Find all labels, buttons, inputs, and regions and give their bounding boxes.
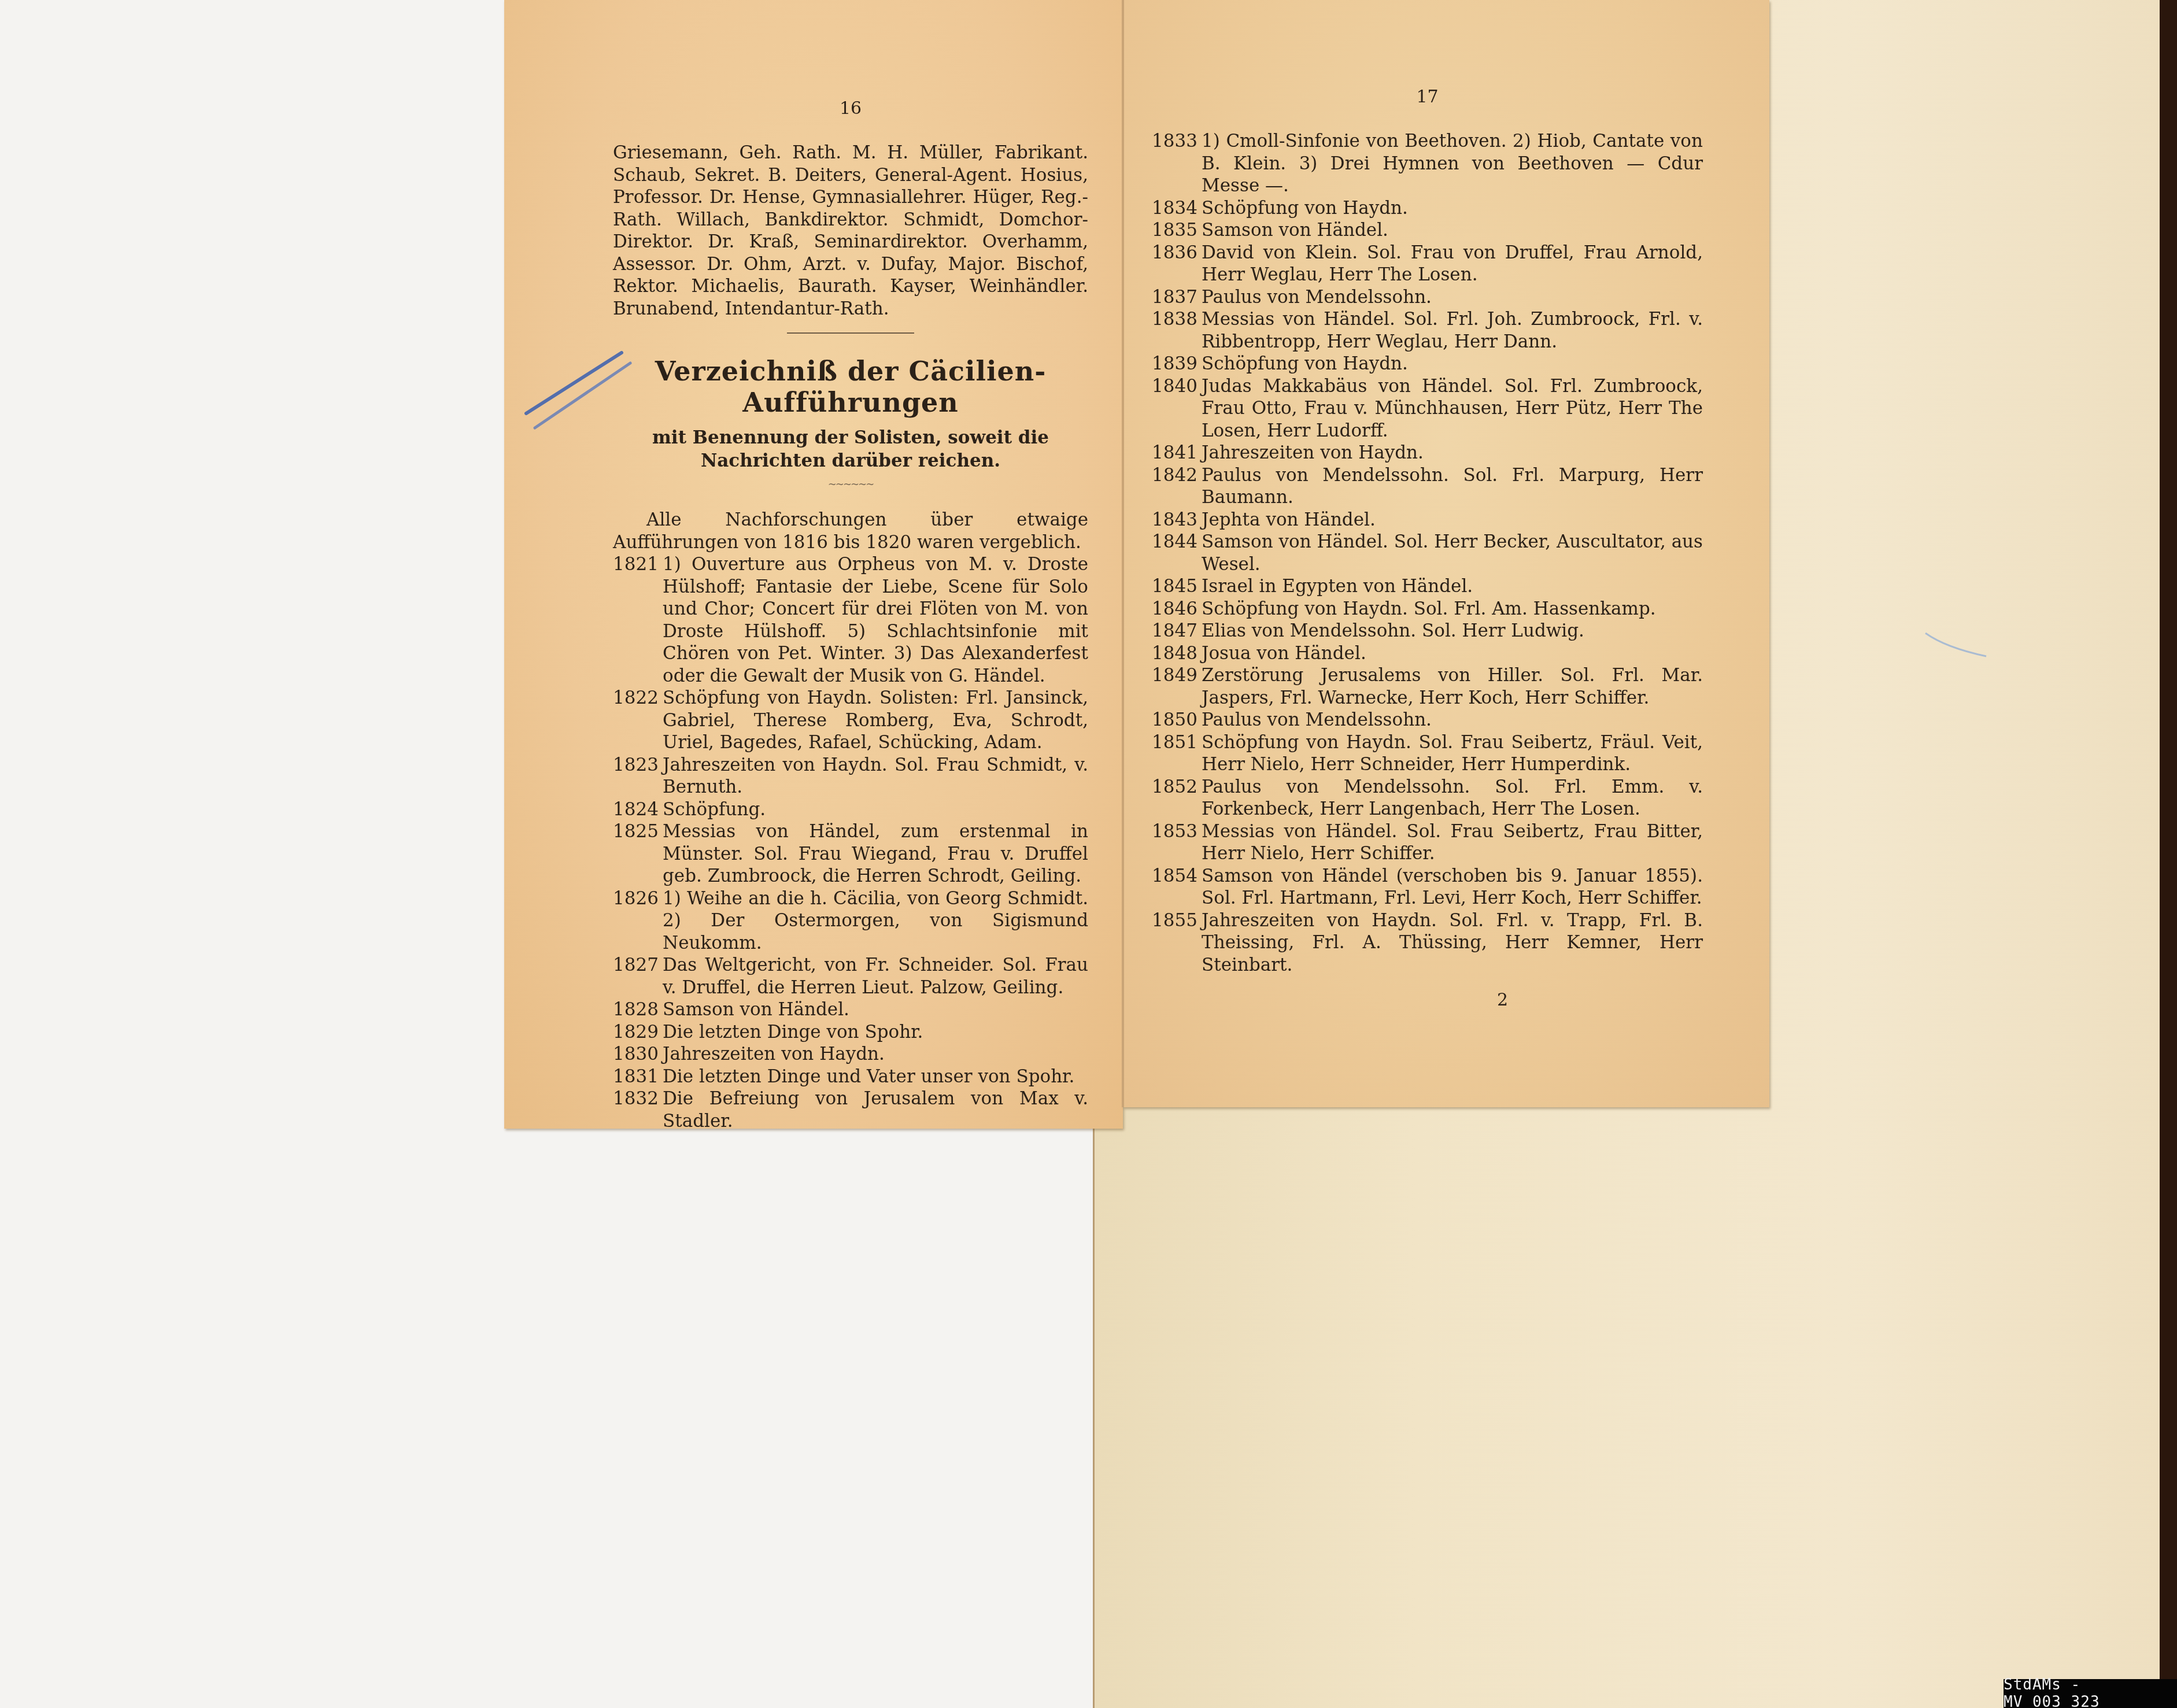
entry-year: 1853 xyxy=(1152,820,1202,865)
entry-text: Die letzten Dinge von Spohr. xyxy=(663,1021,1088,1044)
performance-list: 18331) Cmoll-Sinfonie von Beethoven. 2) … xyxy=(1152,130,1703,976)
entry-year: 1851 xyxy=(1152,731,1202,776)
entry-year: 1838 xyxy=(1152,308,1202,353)
ornament-divider: ~~~~~~ xyxy=(613,478,1088,490)
entry-year: 1854 xyxy=(1152,865,1202,910)
entry-year: 1830 xyxy=(613,1043,663,1066)
entry-text: Paulus von Mendelssohn. xyxy=(1202,709,1703,731)
entry-year: 1852 xyxy=(1152,776,1202,820)
performance-entry: 18211) Ouverture aus Orpheus von M. v. D… xyxy=(613,553,1088,687)
entry-text: Schöpfung von Haydn. Sol. Frau Seibertz,… xyxy=(1202,731,1703,776)
entry-year: 1834 xyxy=(1152,197,1202,220)
entry-text: Schöpfung von Haydn. xyxy=(1202,353,1703,375)
performance-entry: 1850Paulus von Mendelssohn. xyxy=(1152,709,1703,731)
performance-entry: 1839Schöpfung von Haydn. xyxy=(1152,353,1703,375)
entry-text: Samson von Händel. Sol. Herr Becker, Aus… xyxy=(1202,531,1703,575)
entry-text: Jephta von Händel. xyxy=(1202,509,1703,531)
performance-entry: 1854Samson von Händel (verschoben bis 9.… xyxy=(1152,865,1703,910)
entry-year: 1833 xyxy=(1152,130,1202,197)
entry-text: Schöpfung. xyxy=(663,798,1088,821)
entry-text: Messias von Händel. Sol. Frau Seibertz, … xyxy=(1202,820,1703,865)
page-number: 16 xyxy=(613,98,1088,119)
entry-year: 1850 xyxy=(1152,709,1202,731)
performance-entry: 1834Schöpfung von Haydn. xyxy=(1152,197,1703,220)
entry-year: 1855 xyxy=(1152,910,1202,977)
archive-label: StdAMs - MV_003_323 xyxy=(2004,1679,2177,1708)
performance-entry: 1828Samson von Händel. xyxy=(613,999,1088,1021)
performance-entry: 1849Zerstörung Jerusalems von Hiller. So… xyxy=(1152,664,1703,709)
performance-entry: 1830Jahreszeiten von Haydn. xyxy=(613,1043,1088,1066)
performance-entry: 1823Jahreszeiten von Haydn. Sol. Frau Sc… xyxy=(613,754,1088,798)
page-17: 17 18331) Cmoll-Sinfonie von Beethoven. … xyxy=(1123,0,1769,1107)
blue-stray-pen-mark-icon xyxy=(1923,630,1992,665)
entry-text: Josua von Händel. xyxy=(1202,642,1703,665)
performance-entry: 1841Jahreszeiten von Haydn. xyxy=(1152,442,1703,464)
entry-text: 1) Ouverture aus Orpheus von M. v. Drost… xyxy=(663,553,1088,687)
album-binding-edge xyxy=(2160,0,2177,1708)
entry-year: 1822 xyxy=(613,687,663,754)
entry-year: 1828 xyxy=(613,999,663,1021)
intro-paragraph: Alle Nachforschungen über etwaige Auffüh… xyxy=(613,509,1088,553)
entry-year: 1835 xyxy=(1152,219,1202,242)
entry-year: 1841 xyxy=(1152,442,1202,464)
divider-rule xyxy=(787,332,914,334)
performance-entry: 1848Josua von Händel. xyxy=(1152,642,1703,665)
performance-entry: 1844Samson von Händel. Sol. Herr Becker,… xyxy=(1152,531,1703,575)
performance-entry: 18261) Weihe an die h. Cäcilia, von Geor… xyxy=(613,888,1088,955)
performance-entry: 1831Die letzten Dinge und Vater unser vo… xyxy=(613,1066,1088,1088)
entry-year: 1846 xyxy=(1152,598,1202,620)
performance-entry: 1838Messias von Händel. Sol. Frl. Joh. Z… xyxy=(1152,308,1703,353)
entry-text: Messias von Händel, zum erstenmal in Mün… xyxy=(663,820,1088,888)
performance-entry: 1835Samson von Händel. xyxy=(1152,219,1703,242)
entry-year: 1824 xyxy=(613,798,663,821)
entry-text: Paulus von Mendelssohn. Sol. Frl. Emm. v… xyxy=(1202,776,1703,820)
entry-year: 1825 xyxy=(613,820,663,888)
entry-year: 1836 xyxy=(1152,242,1202,286)
performance-list: 18211) Ouverture aus Orpheus von M. v. D… xyxy=(613,553,1088,1132)
section-subtitle: mit Benennung der Solisten, soweit die N… xyxy=(624,426,1077,472)
entry-text: Jahreszeiten von Haydn. xyxy=(1202,442,1703,464)
entry-year: 1827 xyxy=(613,954,663,999)
entry-year: 1829 xyxy=(613,1021,663,1044)
entry-text: 1) Cmoll-Sinfonie von Beethoven. 2) Hiob… xyxy=(1202,130,1703,197)
entry-text: Die letzten Dinge und Vater unser von Sp… xyxy=(663,1066,1088,1088)
entry-year: 1837 xyxy=(1152,286,1202,309)
entry-year: 1849 xyxy=(1152,664,1202,709)
performance-entry: 1846Schöpfung von Haydn. Sol. Frl. Am. H… xyxy=(1152,598,1703,620)
entry-text: Jahreszeiten von Haydn. Sol. Frl. v. Tra… xyxy=(1202,910,1703,977)
performance-entry: 1837Paulus von Mendelssohn. xyxy=(1152,286,1703,309)
entry-year: 1821 xyxy=(613,553,663,687)
blue-pencil-mark-icon xyxy=(520,341,636,434)
page-fold-edge xyxy=(1122,0,1124,1107)
members-paragraph: Griesemann, Geh. Rath. M. H. Müller, Fab… xyxy=(613,142,1088,320)
entry-text: Das Weltgericht, von Fr. Schneider. Sol.… xyxy=(663,954,1088,999)
entry-year: 1847 xyxy=(1152,620,1202,642)
entry-year: 1848 xyxy=(1152,642,1202,665)
entry-text: Samson von Händel. xyxy=(663,999,1088,1021)
entry-year: 1844 xyxy=(1152,531,1202,575)
performance-entry: 1836David von Klein. Sol. Frau von Druff… xyxy=(1152,242,1703,286)
performance-entry: 1847Elias von Mendelssohn. Sol. Herr Lud… xyxy=(1152,620,1703,642)
entry-text: David von Klein. Sol. Frau von Druffel, … xyxy=(1202,242,1703,286)
page-16: 16 Griesemann, Geh. Rath. M. H. Müller, … xyxy=(504,0,1123,1129)
entry-text: Samson von Händel (verschoben bis 9. Jan… xyxy=(1202,865,1703,910)
entry-year: 1839 xyxy=(1152,353,1202,375)
entry-text: Die Befreiung von Jerusalem von Max v. S… xyxy=(663,1088,1088,1132)
entry-year: 1826 xyxy=(613,888,663,955)
entry-year: 1840 xyxy=(1152,375,1202,442)
entry-text: Schöpfung von Haydn. Solisten: Frl. Jans… xyxy=(663,687,1088,754)
performance-entry: 1845Israel in Egypten von Händel. xyxy=(1152,575,1703,598)
performance-entry: 18331) Cmoll-Sinfonie von Beethoven. 2) … xyxy=(1152,130,1703,197)
entry-text: Paulus von Mendelssohn. Sol. Frl. Marpur… xyxy=(1202,464,1703,509)
entry-text: 1) Weihe an die h. Cäcilia, von Georg Sc… xyxy=(663,888,1088,955)
performance-entry: 1843Jephta von Händel. xyxy=(1152,509,1703,531)
performance-entry: 1842Paulus von Mendelssohn. Sol. Frl. Ma… xyxy=(1152,464,1703,509)
entry-year: 1842 xyxy=(1152,464,1202,509)
section-title: Verzeichniß der Cäcilien-Aufführungen xyxy=(613,356,1088,418)
performance-entry: 1855Jahreszeiten von Haydn. Sol. Frl. v.… xyxy=(1152,910,1703,977)
entry-text: Zerstörung Jerusalems von Hiller. Sol. F… xyxy=(1202,664,1703,709)
performance-entry: 1827Das Weltgericht, von Fr. Schneider. … xyxy=(613,954,1088,999)
performance-entry: 1832Die Befreiung von Jerusalem von Max … xyxy=(613,1088,1088,1132)
entry-text: Israel in Egypten von Händel. xyxy=(1202,575,1703,598)
entry-year: 1845 xyxy=(1152,575,1202,598)
performance-entry: 1824Schöpfung. xyxy=(613,798,1088,821)
performance-entry: 1851Schöpfung von Haydn. Sol. Frau Seibe… xyxy=(1152,731,1703,776)
entry-year: 1831 xyxy=(613,1066,663,1088)
performance-entry: 1853Messias von Händel. Sol. Frau Seiber… xyxy=(1152,820,1703,865)
entry-year: 1832 xyxy=(613,1088,663,1132)
entry-text: Schöpfung von Haydn. Sol. Frl. Am. Hasse… xyxy=(1202,598,1703,620)
entry-text: Samson von Händel. xyxy=(1202,219,1703,242)
entry-text: Schöpfung von Haydn. xyxy=(1202,197,1703,220)
entry-text: Jahreszeiten von Haydn. xyxy=(663,1043,1088,1066)
page-number: 17 xyxy=(1152,87,1703,107)
entry-text: Elias von Mendelssohn. Sol. Herr Ludwig. xyxy=(1202,620,1703,642)
entry-text: Judas Makkabäus von Händel. Sol. Frl. Zu… xyxy=(1202,375,1703,442)
performance-entry: 1840Judas Makkabäus von Händel. Sol. Frl… xyxy=(1152,375,1703,442)
signature-mark: 2 xyxy=(1152,990,1703,1010)
entry-year: 1843 xyxy=(1152,509,1202,531)
performance-entry: 1825Messias von Händel, zum erstenmal in… xyxy=(613,820,1088,888)
entry-text: Messias von Händel. Sol. Frl. Joh. Zumbr… xyxy=(1202,308,1703,353)
entry-text: Jahreszeiten von Haydn. Sol. Frau Schmid… xyxy=(663,754,1088,798)
performance-entry: 1822Schöpfung von Haydn. Solisten: Frl. … xyxy=(613,687,1088,754)
entry-text: Paulus von Mendelssohn. xyxy=(1202,286,1703,309)
performance-entry: 1829Die letzten Dinge von Spohr. xyxy=(613,1021,1088,1044)
performance-entry: 1852Paulus von Mendelssohn. Sol. Frl. Em… xyxy=(1152,776,1703,820)
entry-year: 1823 xyxy=(613,754,663,798)
